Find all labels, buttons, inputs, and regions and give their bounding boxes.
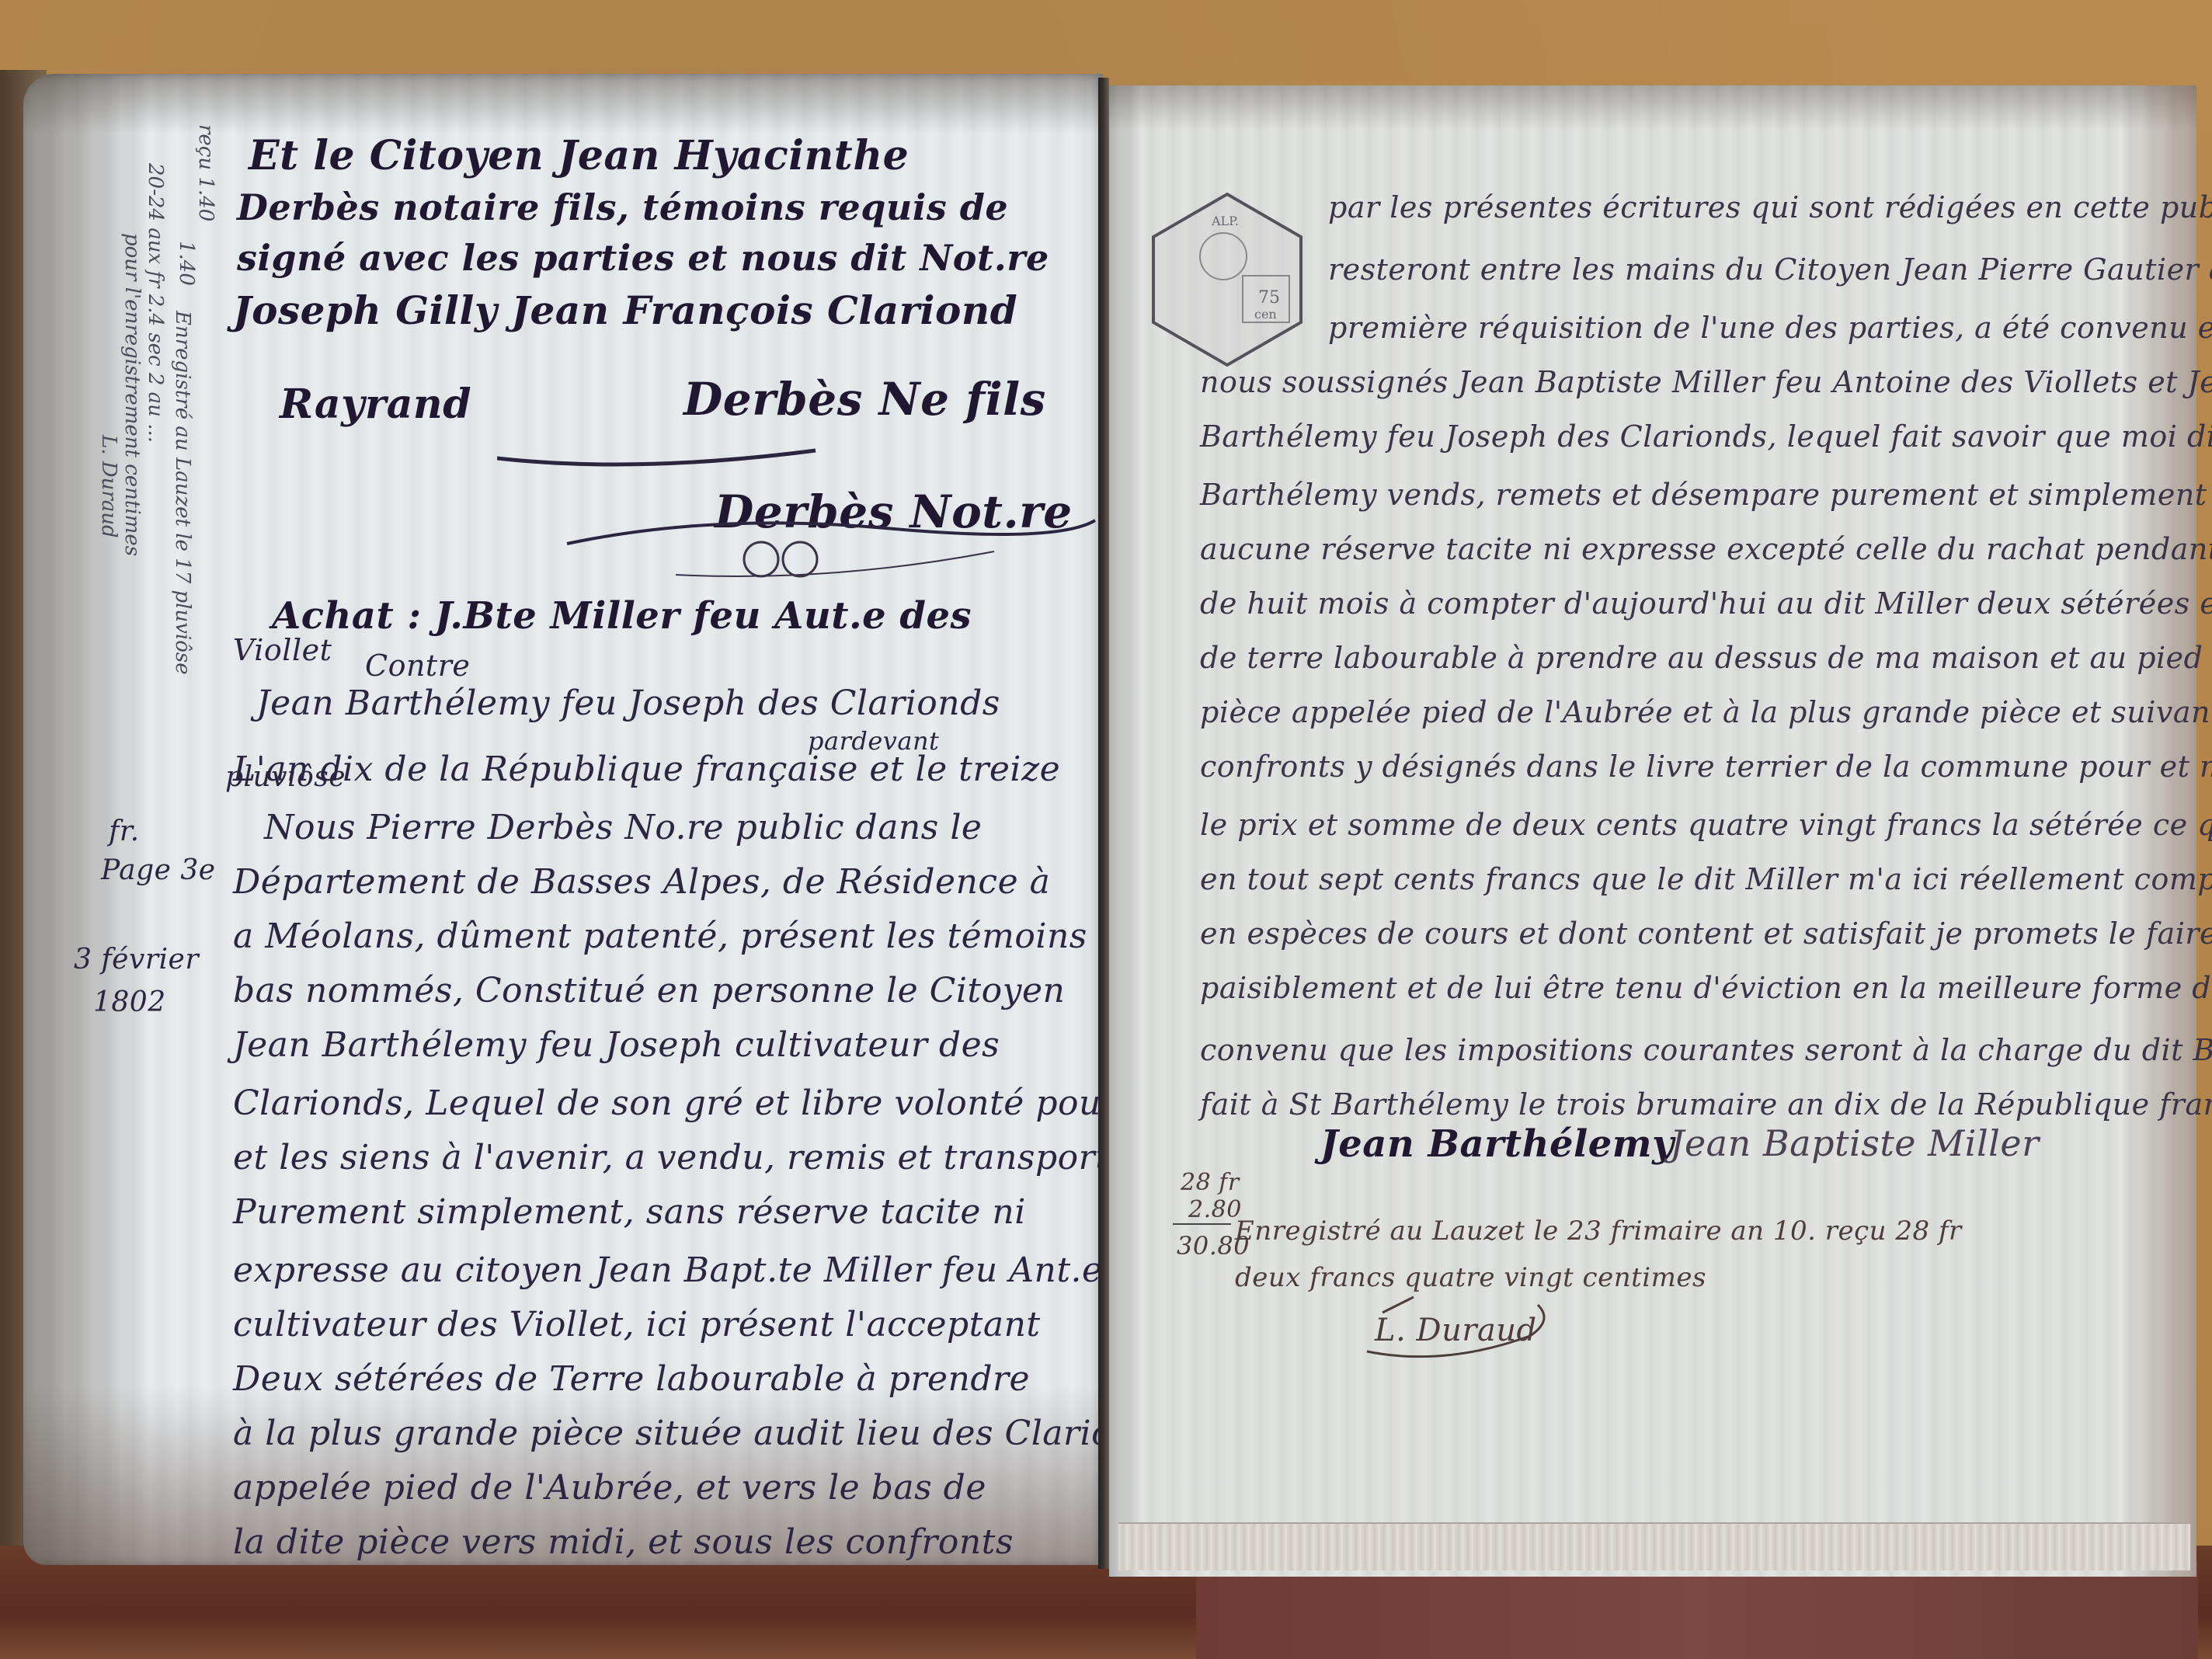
body-line: paisiblement et de lui être tenu d'évict…	[1200, 971, 2212, 1005]
body-line: Barthélemy vends, remets et désempare pu…	[1200, 478, 2212, 512]
body-line: et les siens à l'avenir, a vendu, remis …	[233, 1138, 1130, 1177]
margin-page: Page 3e	[101, 854, 216, 886]
tax-stamp: ALP. 75 cen	[1149, 190, 1305, 369]
body-line: fait à St Barthélemy le trois brumaire a…	[1200, 1087, 2212, 1122]
body-line: convenu que les impositions courantes se…	[1200, 1033, 2212, 1067]
signature-witness: Rayrand	[280, 381, 471, 428]
body-line: cultivateur des Viollet, ici présent l'a…	[233, 1305, 1041, 1344]
signature-seller: Jean Barthélemy	[1320, 1122, 1674, 1166]
body-line: appelée pied de l'Aubrée, et vers le bas…	[233, 1468, 986, 1508]
body-line: expresse au citoyen Jean Bapt.te Miller …	[233, 1250, 1103, 1290]
act-title: Achat : J.Bte Miller feu Aut.e des	[272, 594, 972, 638]
body-line: par les présentes écritures qui sont réd…	[1328, 190, 2212, 224]
margin-date: 3 février	[74, 944, 199, 976]
body-line: bas nommés, Constitué en personne le Cit…	[233, 971, 1065, 1010]
signature-derbes-fils: Derbès Ne fils	[683, 373, 1046, 426]
hexagon-stamp-icon: ALP. 75 cen	[1149, 190, 1305, 369]
body-line: L'an dix de la République française et l…	[233, 750, 1060, 789]
margin-note-line: 1.40	[175, 241, 198, 286]
body-line: pièce appelée pied de l'Aubrée et à la p…	[1200, 695, 2212, 729]
body-line: Barthélemy feu Joseph des Clarionds, leq…	[1200, 419, 2212, 454]
margin-note-line: Enregistré au Lauzet le 17 pluviôse	[171, 311, 194, 675]
body-line: a Méolans, dûment patenté, présent les t…	[233, 916, 1087, 956]
body-line: resteront entre les mains du Citoyen Jea…	[1328, 252, 2212, 287]
fee-line: 28 fr	[1181, 1169, 1240, 1196]
body-line: Jean Barthélemy feu Joseph cultivateur d…	[233, 1025, 1000, 1065]
margin-fr: fr.	[109, 816, 140, 847]
margin-year: 1802	[93, 986, 166, 1018]
body-line: nous soussignés Jean Baptiste Miller feu…	[1200, 365, 2212, 399]
signature-buyer: Jean Baptiste Miller	[1670, 1122, 2040, 1164]
svg-text:ALP.: ALP.	[1211, 214, 1239, 228]
body-line: Clarionds, Lequel de son gré et libre vo…	[233, 1083, 1174, 1123]
margin-note-line: 20-24 aux fr 2.4 sec 2 au ...	[144, 163, 167, 443]
fee-total-rule	[1173, 1223, 1231, 1225]
body-line: le prix et somme de deux cents quatre vi…	[1200, 808, 2212, 842]
body-line: aucune réserve tacite ni expresse except…	[1200, 532, 2212, 566]
registration-line: Enregistré au Lauzet le 23 frimaire an 1…	[1235, 1216, 1962, 1247]
closing-line: Joseph Gilly Jean François Clariond	[233, 287, 1017, 333]
act-parties: Jean Barthélemy feu Joseph des Clarionds	[256, 683, 1000, 723]
body-line: Purement simplement, sans réserve tacite…	[233, 1192, 1026, 1232]
fee-line: 2.80	[1188, 1196, 1242, 1223]
body-line: Nous Pierre Derbès No.re public dans le	[264, 808, 982, 847]
svg-text:cen: cen	[1254, 307, 1277, 322]
body-line: confronts y désignés dans le livre terri…	[1200, 750, 2212, 784]
margin-note-line: L. Duraud	[97, 435, 120, 538]
registrar-flourish	[1351, 1289, 1584, 1382]
body-line: Département de Basses Alpes, de Résidenc…	[233, 862, 1050, 902]
closing-line: Derbès notaire fils, témoins requis de	[237, 186, 1008, 228]
book-gutter	[1098, 78, 1109, 1569]
page-edges	[1118, 1522, 2190, 1570]
act-insert: Contre	[365, 649, 470, 683]
registration-line: deux francs quatre vingt centimes	[1235, 1262, 1706, 1293]
body-line: en tout sept cents francs que le dit Mil…	[1200, 862, 2212, 896]
signature-flourish	[497, 435, 823, 482]
signature-flourish	[559, 497, 1103, 590]
body-line: la dite pièce vers midi, et sous les con…	[233, 1522, 1014, 1562]
margin-note-line: pour l'enregistrement centimes	[120, 233, 144, 556]
closing-line: signé avec les parties et nous dit Not.r…	[237, 237, 1049, 279]
body-line: en espèces de cours et dont content et s…	[1200, 916, 2212, 951]
margin-note-line: reçu 1.40	[194, 124, 217, 221]
body-line: à la plus grande pièce située audit lieu…	[233, 1414, 1175, 1453]
closing-line: Et le Citoyen Jean Hyacinthe	[249, 132, 909, 179]
act-margin-label: Viollet	[233, 633, 332, 667]
body-line: première réquisition de l'une des partie…	[1328, 311, 2212, 345]
body-line: de terre labourable à prendre au dessus …	[1200, 641, 2212, 675]
svg-text:75: 75	[1258, 288, 1280, 308]
body-line: de huit mois à compter d'aujourd'hui au …	[1200, 586, 2212, 621]
body-line: Deux sétérées de Terre labourable à pren…	[233, 1359, 1030, 1399]
